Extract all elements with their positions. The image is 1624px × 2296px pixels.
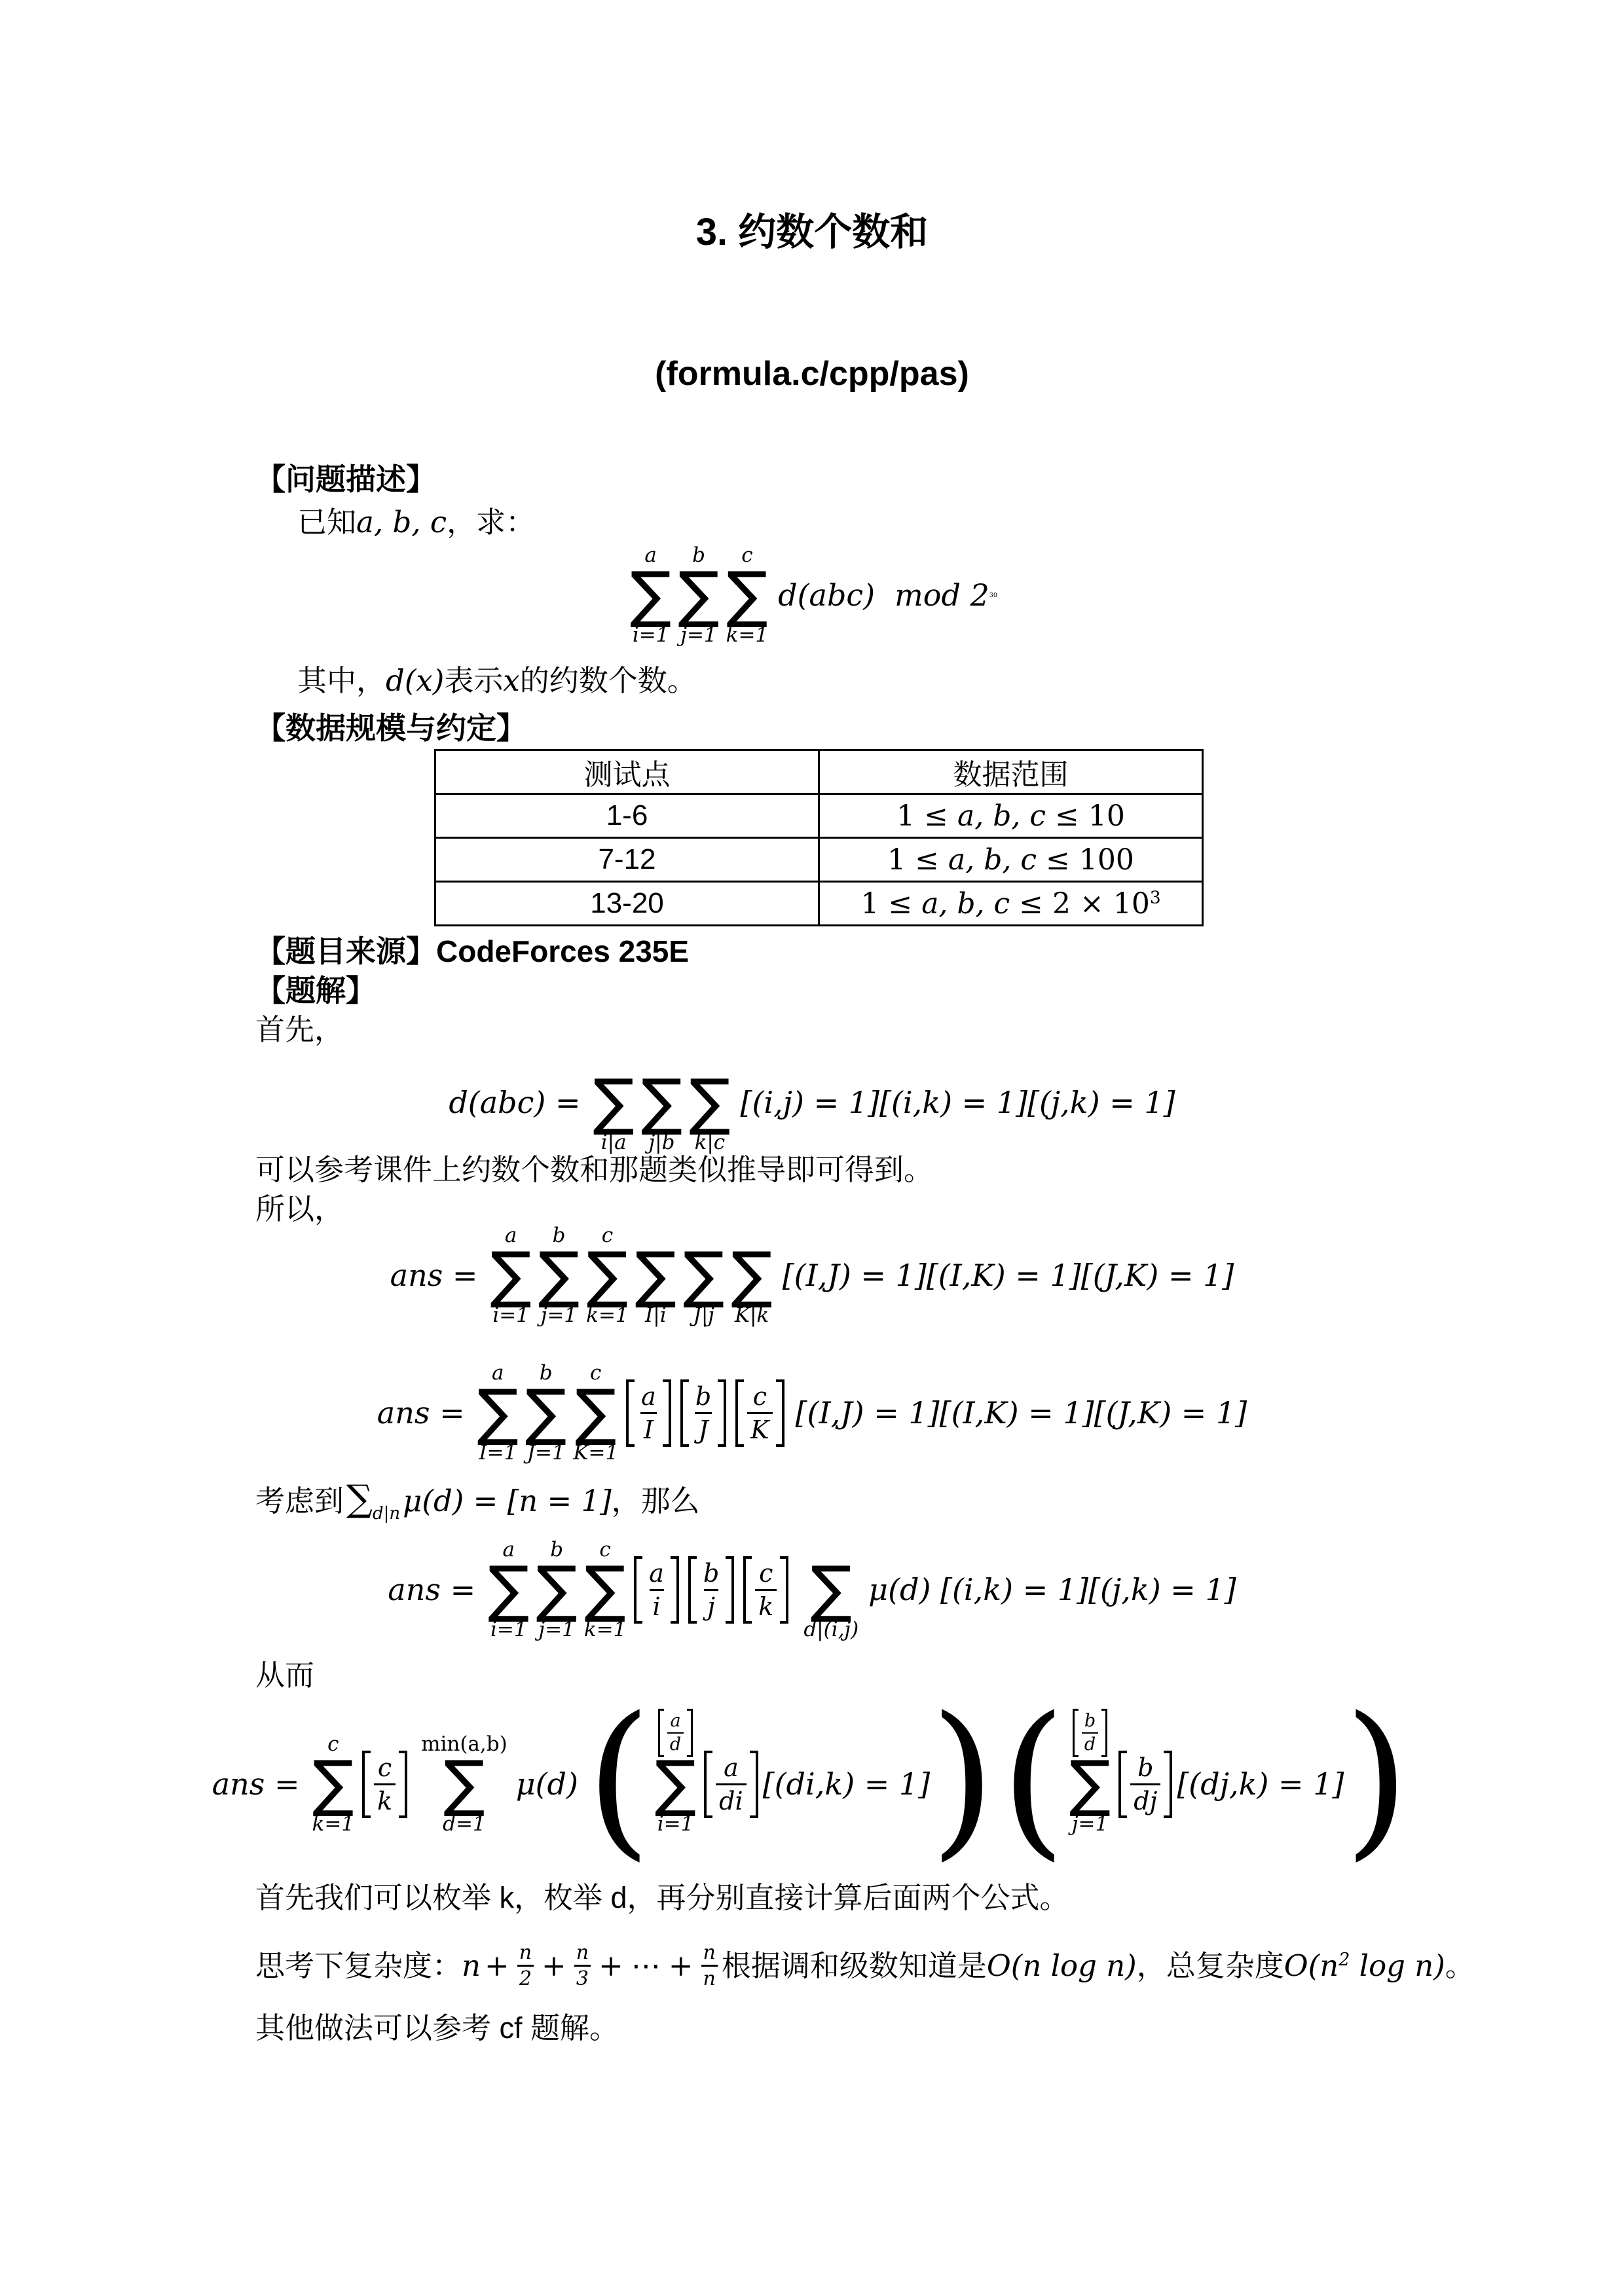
- mobius-term: μ(d): [516, 1766, 578, 1802]
- right-bracket: [663, 1379, 671, 1447]
- paragraph-enumerate: 首先我们可以枚举 k，枚举 d，再分别直接计算后面两个公式。: [255, 1878, 1369, 1918]
- floor-fraction: bdj: [1118, 1751, 1172, 1818]
- formula-lhs: d(abc) =: [449, 1085, 580, 1120]
- formula-lhs: ans =: [212, 1766, 300, 1802]
- inline-math: O(n log n): [987, 1948, 1137, 1983]
- inline-fraction: n2: [517, 1941, 534, 1991]
- sigma-symbol: ∑: [683, 1248, 724, 1302]
- sigma-symbol: ∑: [593, 1076, 635, 1129]
- formula-ans-mobius: ans = a ∑ i=1 b ∑ j=1 c ∑ k=1 ai bj ck ∑…: [255, 1533, 1369, 1647]
- paragraph-first: 首先，: [255, 1010, 1369, 1049]
- paragraph-given: 已知a, b, c，求：: [255, 503, 1369, 542]
- sigma-symbol: ∑: [630, 568, 671, 622]
- floor-fraction: bj: [688, 1556, 734, 1624]
- sigma-symbol: ∑: [689, 1076, 730, 1129]
- formula-body: μ(d) [(i,k) = 1][(j,k) = 1]: [868, 1572, 1236, 1607]
- inline-math: μ(d) = [n = 1]: [403, 1484, 612, 1518]
- page-title: 3. 约数个数和: [255, 0, 1369, 255]
- paragraph-other: 其他做法可以参考 cf 题解。: [255, 2009, 1369, 2048]
- inline-math: O(n: [1284, 1948, 1338, 1983]
- sigma-symbol: ∑: [488, 1563, 529, 1616]
- sigma-symbol: ∑: [678, 568, 719, 622]
- formula-dabc: d(abc) = ∑ i|a ∑ j|b ∑ k|c [(i,j) = 1][(…: [255, 1046, 1369, 1159]
- formula-body: [(dj,k) = 1]: [1177, 1766, 1344, 1802]
- big-right-paren: ): [930, 1711, 995, 1847]
- given-prefix: 已知: [297, 505, 356, 539]
- sum-operator: a ∑ i=1: [488, 1533, 529, 1647]
- cell-range: 1 ≤ a, b, c ≤ 100: [819, 838, 1203, 882]
- table-row: 1-6 1 ≤ a, b, c ≤ 10: [435, 794, 1203, 838]
- table-row: 13-20 1 ≤ a, b, c ≤ 2 × 103: [435, 882, 1203, 926]
- mod-exponent: 30: [989, 592, 997, 599]
- floor-fraction: adi: [704, 1751, 758, 1818]
- formula-body: [(i,j) = 1][(i,k) = 1][(j,k) = 1]: [741, 1085, 1175, 1120]
- formula-body: [(I,J) = 1][(I,K) = 1][(J,K) = 1]: [783, 1258, 1234, 1293]
- floor-fraction: bJ: [680, 1379, 726, 1447]
- plus-operator: +: [669, 1948, 693, 1983]
- sum-operator: a ∑ i=1: [490, 1218, 531, 1332]
- column-header-range: 数据范围: [819, 750, 1203, 794]
- sum-operator: c ∑ K=1: [573, 1356, 618, 1470]
- inline-math: x: [503, 663, 519, 698]
- table-row: 7-12 1 ≤ a, b, c ≤ 100: [435, 838, 1203, 882]
- paren-group: ( bd ∑ j=1 bdj [(dj,k) = 1] ): [1001, 1716, 1409, 1852]
- sum-operator: ∑ i|a: [593, 1046, 635, 1159]
- table-header-row: 测试点 数据范围: [435, 750, 1203, 794]
- sigma-symbol: ∑: [587, 1248, 628, 1302]
- sum-operator: ∑ I|i: [635, 1218, 676, 1332]
- cdots-symbol: ⋯: [631, 1948, 661, 1983]
- left-bracket: [626, 1379, 635, 1447]
- formula-lhs: ans =: [388, 1572, 475, 1607]
- sigma-symbol: ∑: [525, 1386, 566, 1440]
- inline-fraction: nn: [701, 1941, 718, 1991]
- section-header-data: 【数据规模与约定】: [255, 708, 1369, 748]
- sum-operator: c ∑ k=1: [586, 1218, 628, 1332]
- paragraph-consider: 考虑到∑d|nμ(d) = [n = 1]，那么: [255, 1476, 1369, 1529]
- floor-fraction: ck: [743, 1556, 788, 1624]
- sigma-symbol: ∑: [811, 1563, 852, 1616]
- formula-ans-final: ans = c ∑ k=1 ck min(a,b) ∑ d=1 μ(d) ( a…: [255, 1699, 1369, 1869]
- sum-lower-limit: i=1: [633, 622, 669, 648]
- cell-tests: 1-6: [435, 794, 819, 838]
- sigma-symbol: ∑: [490, 1248, 531, 1302]
- sum-operator: a ∑ I=1: [477, 1356, 519, 1470]
- sum-operator: b ∑ j=1: [678, 538, 719, 652]
- section-header-solution: 【题解】: [255, 971, 1369, 1010]
- section-header-source: 【题目来源】CodeForces 235E: [255, 932, 1369, 971]
- given-variables: a, b, c: [356, 505, 447, 539]
- sigma-symbol: ∑: [575, 1386, 616, 1440]
- paragraph-complexity: 思考下复杂度：n+n2+n3+⋯+nn根据调和级数知道是O(n log n)，总…: [255, 1931, 1369, 1995]
- sigma-symbol: ∑: [346, 1476, 373, 1522]
- paragraph-refer: 可以参考课件上约数个数和那题类似推导即可得到。: [255, 1150, 1369, 1190]
- floor-fraction: ck: [362, 1751, 407, 1818]
- sigma-symbol: ∑: [1069, 1757, 1111, 1811]
- inline-sum-operator: ∑d|n: [346, 1476, 400, 1529]
- sigma-symbol: ∑: [635, 1248, 676, 1302]
- sigma-symbol: ∑: [536, 1563, 577, 1616]
- sigma-symbol: ∑: [312, 1757, 354, 1811]
- floor-fraction: ai: [634, 1556, 679, 1624]
- cell-range: 1 ≤ a, b, c ≤ 2 × 103: [819, 882, 1203, 926]
- sigma-symbol: ∑: [731, 1248, 772, 1302]
- formula-body: d(abc): [778, 577, 875, 613]
- formula-problem: a ∑ i=1 b ∑ j=1 c ∑ k=1 d(abc) mod 230: [255, 538, 1369, 652]
- sum-operator: b ∑ J=1: [525, 1356, 566, 1470]
- paragraph-where: 其中，d(x)表示x的约数个数。: [255, 661, 1369, 701]
- plus-operator: +: [542, 1948, 566, 1983]
- sigma-symbol: ∑: [726, 568, 767, 622]
- sigma-symbol: ∑: [641, 1076, 682, 1129]
- sigma-symbol: ∑: [477, 1386, 519, 1440]
- cell-range: 1 ≤ a, b, c ≤ 10: [819, 794, 1203, 838]
- formula-lhs: ans =: [377, 1395, 465, 1430]
- paragraph-thus: 从而: [255, 1656, 1369, 1695]
- big-left-paren: (: [1001, 1711, 1066, 1847]
- big-left-paren: (: [586, 1711, 652, 1847]
- document-page: 3. 约数个数和 (formula.c/cpp/pas) 【问题描述】 已知a,…: [0, 0, 1624, 2296]
- given-suffix: ，求：: [447, 505, 535, 539]
- plus-operator: +: [599, 1948, 623, 1983]
- sigma-symbol: ∑: [584, 1563, 625, 1616]
- sum-operator: ∑ d|(i,j): [803, 1533, 858, 1647]
- sum-operator: ∑ K|k: [731, 1218, 772, 1332]
- sum-operator: b ∑ j=1: [536, 1533, 577, 1647]
- floor-fraction: cK: [735, 1379, 784, 1447]
- sum-operator: ∑ J|j: [683, 1218, 724, 1332]
- sum-subscript: d|n: [373, 1491, 400, 1537]
- sum-operator: a ∑ i=1: [630, 538, 671, 652]
- formula-body: [(di,k) = 1]: [763, 1766, 931, 1802]
- mod-term: mod 2: [895, 577, 989, 613]
- plus-operator: +: [485, 1948, 509, 1983]
- formula-ans-floor: ans = a ∑ I=1 b ∑ J=1 c ∑ K=1 aI bJ cK […: [255, 1356, 1369, 1470]
- sum-operator: c ∑ k=1: [312, 1727, 354, 1841]
- inline-fraction: n3: [574, 1941, 591, 1991]
- data-range-table: 测试点 数据范围 1-6 1 ≤ a, b, c ≤ 10 7-12 1 ≤ a…: [434, 749, 1204, 926]
- sigma-symbol: ∑: [443, 1757, 485, 1811]
- floor-fraction: aI: [626, 1379, 671, 1447]
- source-value: CodeForces 235E: [436, 934, 689, 968]
- sum-operator: ∑ k|c: [689, 1046, 730, 1159]
- inline-math: d(x): [386, 663, 444, 698]
- sigma-symbol: ∑: [538, 1248, 580, 1302]
- sum-operator: ad ∑ i=1: [655, 1727, 696, 1841]
- paren-group: ( ad ∑ i=1 adi [(di,k) = 1] ): [586, 1716, 995, 1852]
- sum-operator: c ∑ k=1: [726, 538, 768, 652]
- section-header-problem: 【问题描述】: [255, 460, 1369, 499]
- sum-operator: bd ∑ j=1: [1069, 1727, 1111, 1841]
- formula-ans-six-sums: ans = a ∑ i=1 b ∑ j=1 c ∑ k=1 ∑ I|i ∑ J|…: [255, 1218, 1369, 1332]
- formula-lhs: ans =: [390, 1258, 478, 1293]
- sum-operator: min(a,b) ∑ d=1: [421, 1727, 507, 1841]
- column-header-tests: 测试点: [435, 750, 819, 794]
- cell-tests: 7-12: [435, 838, 819, 882]
- page-subtitle: (formula.c/cpp/pas): [255, 354, 1369, 394]
- sum-operator: b ∑ j=1: [538, 1218, 580, 1332]
- formula-body: [(I,J) = 1][(I,K) = 1][(J,K) = 1]: [796, 1395, 1247, 1430]
- cell-tests: 13-20: [435, 882, 819, 926]
- sum-operator: c ∑ k=1: [584, 1533, 626, 1647]
- sigma-symbol: ∑: [655, 1757, 696, 1811]
- sum-operator: ∑ j|b: [641, 1046, 682, 1159]
- big-right-paren: ): [1344, 1711, 1409, 1847]
